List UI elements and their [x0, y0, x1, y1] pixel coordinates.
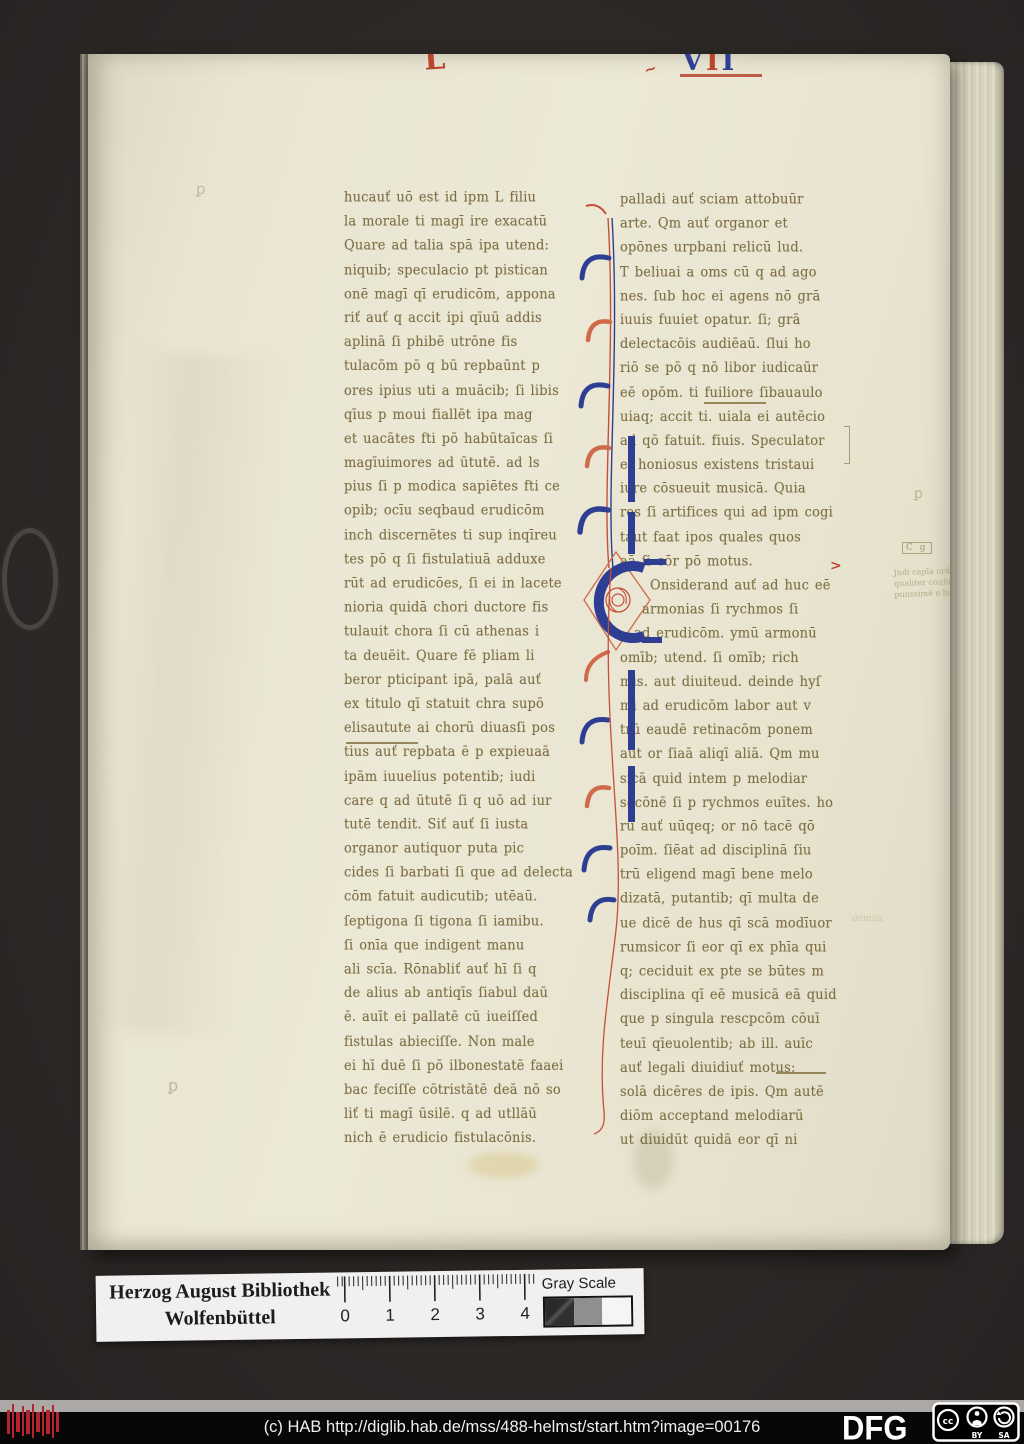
- color-bar-icon: [5, 1402, 63, 1440]
- word-underline: [346, 742, 418, 744]
- gray-patch-mid: [574, 1298, 603, 1325]
- penwork-initial-decoration: [556, 200, 676, 1220]
- dfg-logo: DFG: [842, 1408, 907, 1444]
- folio-underline: [680, 74, 762, 77]
- text-line: 3: [475, 1304, 485, 1324]
- manuscript-page: L ~ VII hucauť uō est id ipm L filiula m…: [88, 54, 950, 1250]
- text-line: 2: [430, 1305, 440, 1325]
- parchment-sheen: [88, 350, 282, 1039]
- cc-license-badge: cc BY SA: [932, 1402, 1020, 1442]
- margin-faint-word: demila: [852, 914, 883, 924]
- margin-note: Jndi capīa ordīqualiter conforspunssimē …: [893, 565, 950, 600]
- library-name-line1: Herzog August Bibliothek: [104, 1276, 336, 1306]
- folio-number: VII: [682, 54, 737, 77]
- gray-scale-patches: [543, 1295, 633, 1327]
- header-red-tick: ~: [641, 58, 659, 79]
- header-partial-letter: L: [423, 54, 446, 78]
- gray-patch-light: [602, 1297, 631, 1324]
- page-clamp: [2, 528, 58, 630]
- margin-pilcrow: ꝑ: [914, 486, 923, 502]
- parchment-stain: [468, 1152, 538, 1178]
- book-fore-edge: [944, 62, 1004, 1244]
- text-line: 1: [385, 1306, 395, 1326]
- margin-red-chevron: >: [830, 558, 842, 574]
- margin-boxed-note: C g: [902, 542, 932, 554]
- library-name-line2: Wolfenbüttel: [104, 1303, 336, 1333]
- cc-icon: cc: [943, 1417, 954, 1427]
- text-line: 4: [520, 1304, 530, 1324]
- scale-bar: Herzog August Bibliothek Wolfenbüttel 01…: [96, 1268, 645, 1342]
- ruler-numbers: 01234: [334, 1304, 540, 1329]
- gray-scale-label: Gray Scale: [542, 1274, 642, 1292]
- margin-monogram-top: ꝑ: [196, 180, 206, 198]
- word-underline: [776, 1072, 826, 1074]
- text-line: punssimē e bass: [894, 587, 950, 600]
- cc-sa-label: SA: [998, 1431, 1009, 1440]
- cc-by-label: BY: [972, 1431, 983, 1440]
- text-line: 0: [340, 1306, 350, 1326]
- gray-patch-dark: [545, 1298, 574, 1325]
- margin-bracket: [844, 426, 850, 464]
- library-label: Herzog August Bibliothek Wolfenbüttel: [104, 1276, 337, 1333]
- margin-monogram-bottom: ꝑ: [168, 1076, 178, 1095]
- word-underline: [704, 402, 766, 404]
